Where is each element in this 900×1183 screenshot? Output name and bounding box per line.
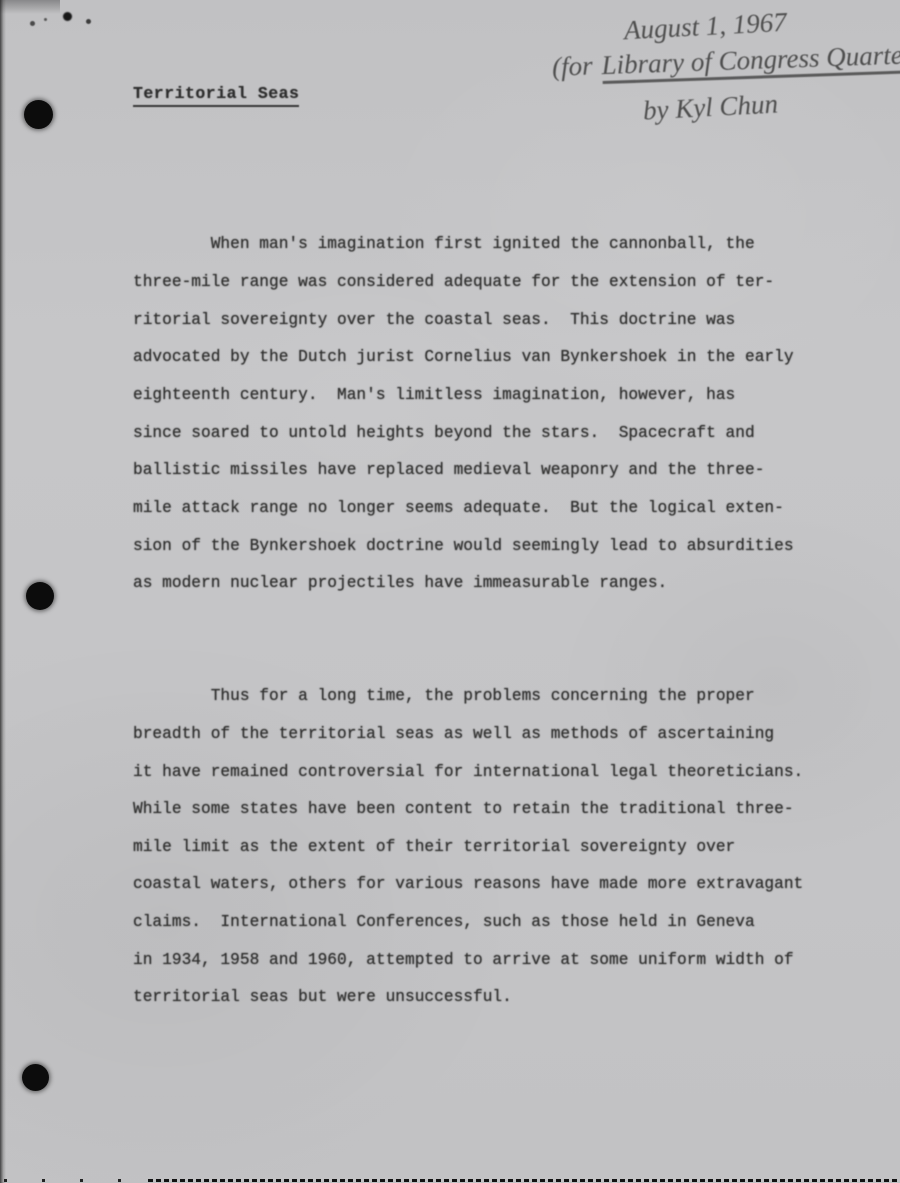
- paragraph: When man's imagination first ignited the…: [133, 226, 823, 603]
- handwritten-date: August 1, 1967: [623, 7, 787, 46]
- document-body: When man's imagination first ignited the…: [133, 151, 823, 1092]
- dedication-prefix: (for: [552, 50, 594, 81]
- document-title: Territorial Seas: [133, 84, 299, 103]
- scan-specks: [30, 21, 35, 26]
- handwritten-byline: by Kyl Chun: [642, 88, 778, 126]
- scanned-page: August 1, 1967 (forLibrary of Congress Q…: [0, 0, 900, 1183]
- hole-punch-top: [24, 100, 53, 129]
- scan-bottom-edge: [148, 1179, 900, 1182]
- dedication-underlined-text: Library of Congress Quarterly): [601, 38, 900, 84]
- scan-bottom-dots: [4, 1179, 124, 1182]
- scan-corner-shade: [0, 0, 60, 14]
- handwritten-dedication: (forLibrary of Congress Quarterly): [552, 38, 900, 83]
- scan-left-edge: [0, 0, 6, 1183]
- hole-punch-middle: [26, 582, 54, 610]
- paragraph: Thus for a long time, the problems conce…: [133, 678, 823, 1017]
- hole-punch-bottom: [22, 1064, 49, 1091]
